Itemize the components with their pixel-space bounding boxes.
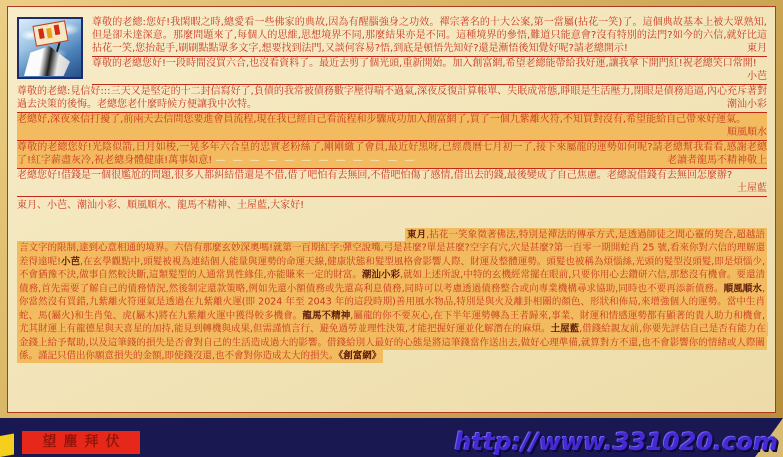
reader-letter-highlighted: 尊敬的老總您好!光陰似箭,日月如梭,一晃多年六合皇的忠實老粉絲了,剛剛繳了會員,… xyxy=(17,141,767,169)
letter-signature: 老讀者龍馬不精神敬上 xyxy=(667,154,767,167)
letter-text: 尊敬的老總:見信好:::三天又是堅定的十二封信寫好了,負債的我常被債務數字壓得喘… xyxy=(17,86,767,110)
reply-name: 潮汕小彩 xyxy=(362,270,400,281)
reply-name: 小芭 xyxy=(61,256,80,267)
site-url-link[interactable]: http://www.331020.com xyxy=(455,428,778,456)
reader-letter: 尊敬的老總:見信好:::三天又是堅定的十二封信寫好了,負債的我常被債務數字壓得喘… xyxy=(17,85,767,113)
editor-reply: 東月,拈花一笑象徵著佛法,特別是禪法的傳承方式,是透過師徒之間心靈的契合,超越語… xyxy=(17,228,767,363)
letter-text: 老總好,深夜來信打擾了,前兩天去信問您要進會員流程,現在我已經自己看流程和步驟成… xyxy=(17,114,746,125)
letter-text: 老總您好!借錢是一個很尷尬的問題,很多人都糾結借還是不借,借了吧怕有去無回,不借… xyxy=(17,170,732,181)
letters-panel: 尊敬的老總:您好!我閑暇之時,總愛看一些佛家的典故,因為有醒腦強身之功效。禪宗著… xyxy=(7,6,776,413)
footer-bar: 望塵拜伏 http://www.331020.com xyxy=(0,418,783,457)
corner-wedge-left xyxy=(0,434,14,457)
masked-text: — — — — — — — — — — — — xyxy=(215,155,416,166)
letters-panel-frame: 尊敬的老總:您好!我閑暇之時,總愛看一些佛家的典故,因為有醒腦強身之功效。禪宗著… xyxy=(0,0,783,418)
reply-name: 東月 xyxy=(407,229,426,240)
letter-text: 尊敬的老總您好!一段時間沒買六合,也沒看資料了。最近去剪了個光頭,重新開始。加入… xyxy=(92,58,757,69)
reply-greeting: 東月、小芭、潮汕小彩、順風順水、龍馬不精神、土屋藍,大家好! xyxy=(17,199,767,213)
flag-icon xyxy=(32,20,68,46)
stamp-badge: 望塵拜伏 xyxy=(22,431,140,454)
letter-signature: 土屋藍 xyxy=(737,182,767,195)
reply-name: 龍馬不精神 xyxy=(302,310,350,321)
letter-text: 尊敬的老總:您好!我閑暇之時,總愛看一些佛家的典故,因為有醒腦強身之功效。禪宗著… xyxy=(92,17,767,54)
reply-name: 順風順水 xyxy=(724,283,762,294)
letter-signature: 小芭 xyxy=(747,70,767,83)
letter-signature: 東月 xyxy=(747,42,767,55)
sail-flag-logo xyxy=(17,17,83,79)
reader-letter-highlighted: 老總好,深夜來信打擾了,前兩天去信問您要進會員流程,現在我已經自己看流程和步驟成… xyxy=(17,113,767,141)
sail-icon xyxy=(24,46,70,76)
reader-letter: 老總您好!借錢是一個很尷尬的問題,很多人都糾結借還是不借,借了吧怕有去無回,不借… xyxy=(17,169,767,197)
reply-highlighted-text: 東月,拈花一笑象徵著佛法,特別是禪法的傳承方式,是透過師徒之間心靈的契合,超越語… xyxy=(17,228,768,364)
reply-name: 土屋藍 xyxy=(551,324,580,335)
reader-letter: 尊敬的老總:您好!我閑暇之時,總愛看一些佛家的典故,因為有醒腦強身之功效。禪宗著… xyxy=(92,16,767,57)
site-credit: 《創富網》 xyxy=(339,351,382,362)
reader-letter: 尊敬的老總您好!一段時間沒買六合,也沒看資料了。最近去剪了個光頭,重新開始。加入… xyxy=(92,57,767,85)
letter-signature: 順風順水 xyxy=(727,126,767,139)
letter-signature: 潮汕小彩 xyxy=(727,98,767,111)
